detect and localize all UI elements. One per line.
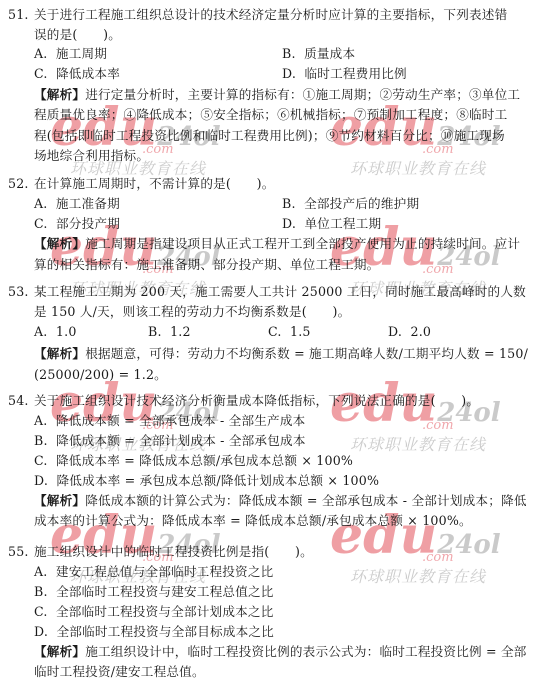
option-a: A. 建安工程总值与全部临时工程投资之比 (34, 563, 273, 581)
analysis: 程质量优良率；④降低成本；⑤安全指标；⑥机械指标；⑦预制加工程度；⑧临时工 (34, 106, 507, 124)
analysis: 【解析】施工组织设计中，临时工程投资比例的表示公式为：临时工程投资比例 = 全部 (34, 643, 527, 661)
analysis: 场地综合利用指标。 (34, 147, 149, 165)
option-b: B. 1.2 (148, 323, 191, 341)
analysis: 【解析】进行定量分析时，主要计算的指标有：①施工周期；②劳动生产率；③单位工 (34, 86, 520, 104)
analysis: (25000/200) = 1.2。 (34, 366, 167, 384)
question-number: 54. (8, 392, 29, 410)
analysis: 算的相关指标有：施工准备期、部分投产期、单位工程工期。 (34, 256, 379, 274)
option-b: B. 质量成本 (282, 45, 355, 63)
option-b: B. 降低成本额 = 全部计划成本 - 全部承包成本 (34, 432, 306, 450)
question-stem: 施工组织设计中的临时工程投资比例是指( )。 (34, 543, 313, 561)
exam-page: edu24ol .com 环球职业教育在线 edu24ol .com 环球职业教… (0, 0, 555, 686)
option-a: A. 降低成本额 = 全部承包成本 - 全部生产成本 (34, 412, 305, 430)
option-d: D. 临时工程费用比例 (282, 65, 407, 83)
question-number: 51. (8, 6, 29, 24)
option-a: A. 1.0 (34, 323, 77, 341)
option-c: C. 降低成本率 (34, 65, 120, 83)
question-stem: 在计算施工周期时，不需计算的是( )。 (34, 175, 275, 193)
option-a: A. 施工准备期 (34, 195, 120, 213)
analysis: 【解析】根据题意，可得：劳动力不均衡系数 = 施工期高峰人数/工期平均人数 = … (34, 345, 528, 363)
option-d: D. 全部临时工程投资与全部目标成本之比 (34, 623, 274, 641)
analysis: 临时工程投资/建安工程总值。 (34, 663, 205, 681)
question-number: 53. (8, 283, 29, 301)
option-d: D. 单位工程工期 (282, 215, 381, 233)
option-b: B. 全部投产后的维护期 (282, 195, 419, 213)
question-stem: 关于施工组织设计技术经济分析衡量成本降低指标，下列说法正确的是( )。 (34, 392, 479, 410)
option-c: C. 1.5 (268, 323, 311, 341)
analysis: 【解析】降低成本额的计算公式为：降低成本额 = 全部承包成本 - 全部计划成本；… (34, 492, 527, 510)
question-number: 52. (8, 175, 29, 193)
option-a: A. 施工周期 (34, 45, 107, 63)
option-d: D. 降低成本率 = 承包成本总额/降低计划成本总额 × 100% (34, 472, 379, 490)
question-stem: 误的是( )。 (34, 26, 121, 44)
analysis: 程(包括即临时工程投资比例和临时工程费用比例)；⑨节约材料百分比；⑩施工现场 (34, 127, 505, 145)
question-stem: 是 150 人/天，则该工程的劳动力不均衡系数是( )。 (34, 303, 350, 321)
analysis: 【解析】施工周期是指建设项目从正式工程开工到全部投产使用为止的持续时间。应计 (34, 235, 520, 253)
option-c: C. 部分投产期 (34, 215, 120, 233)
question-number: 55. (8, 543, 29, 561)
option-d: D. 2.0 (388, 323, 431, 341)
question-stem: 某工程施工工期为 200 天，施工需要人工共计 25000 工日，同时施工最高峰… (34, 283, 526, 301)
option-c: C. 降低成本率 = 降低成本总额/承包成本总额 × 100% (34, 452, 353, 470)
option-b: B. 全部临时工程投资与建安工程总值之比 (34, 583, 274, 601)
question-stem: 关于进行工程施工组织总设计的技术经济定量分析时应计算的主要指标，下列表述错 (34, 6, 507, 24)
analysis: 成本率的计算公式为：降低成本率 = 降低成本总额/承包成本总额 × 100%。 (34, 512, 472, 530)
option-c: C. 全部临时工程投资与全部计划成本之比 (34, 603, 274, 621)
